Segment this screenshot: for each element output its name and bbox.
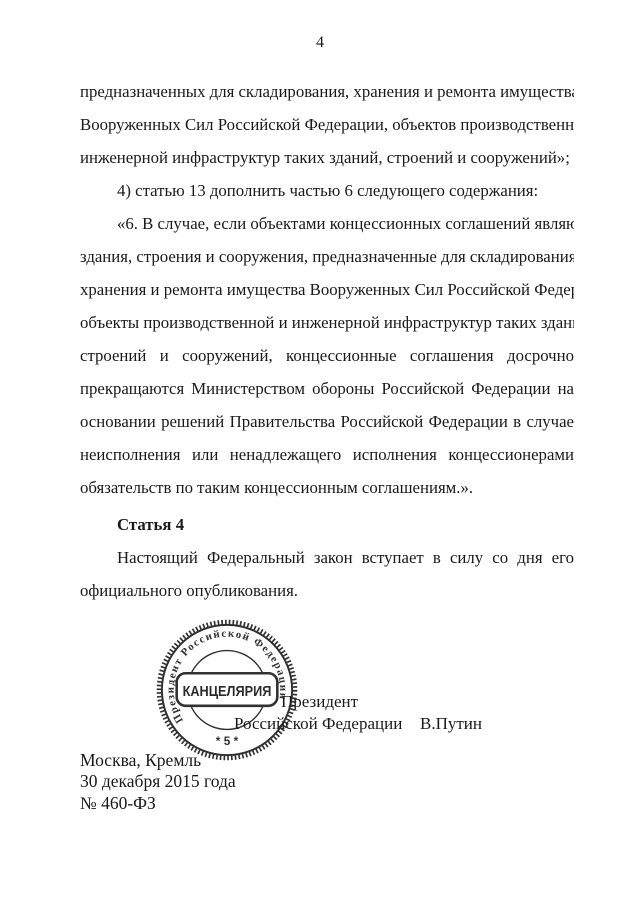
footer-date: 30 декабря 2015 года <box>80 771 236 792</box>
page-number: 4 <box>0 0 640 53</box>
text-line: основании решений Правительства Российск… <box>80 405 574 438</box>
text-line: Настоящий Федеральный закон вступает в с… <box>80 541 574 574</box>
footer-place: Москва, Кремль <box>80 750 236 771</box>
text-line: хранения и ремонта имущества Вооруженных… <box>80 273 574 306</box>
text-line: неисполнения или ненадлежащего исполнени… <box>80 438 574 471</box>
paragraph: 4) статью 13 дополнить частью 6 следующе… <box>80 174 574 207</box>
paragraph: «6. В случае, если объектами концессионн… <box>80 207 574 504</box>
footer-block: Москва, Кремль 30 декабря 2015 года № 46… <box>80 750 236 814</box>
text-line: «6. В случае, если объектами концессионн… <box>80 207 574 240</box>
chancellery-stamp-icon: Президент Российской Федерации КАНЦЕЛЯРИ… <box>153 616 301 764</box>
text-line: Статья 4 <box>80 508 574 541</box>
text-line: Вооруженных Сил Российской Федерации, об… <box>80 108 574 141</box>
text-line: 4) статью 13 дополнить частью 6 следующе… <box>80 174 574 207</box>
main-text: предназначенных для складирования, хране… <box>80 75 574 607</box>
footer-law-number: № 460-ФЗ <box>80 793 236 814</box>
stamp-center-text: КАНЦЕЛЯРИЯ <box>183 684 272 700</box>
text-line: инженерной инфраструктур таких зданий, с… <box>80 141 574 174</box>
stamp-bottom-text: * 5 * <box>216 734 239 748</box>
text-line: обязательств по таким концессионным согл… <box>80 471 574 504</box>
text-line: объекты производственной и инженерной ин… <box>80 306 574 339</box>
text-line: строений и сооружений, концессионные сог… <box>80 339 574 372</box>
text-line: официального опубликования. <box>80 574 574 607</box>
text-line: предназначенных для складирования, хране… <box>80 75 574 108</box>
paragraph: Настоящий Федеральный закон вступает в с… <box>80 541 574 607</box>
paragraph: предназначенных для складирования, хране… <box>80 75 574 174</box>
signature-name: В.Путин <box>420 713 482 735</box>
article-heading: Статья 4 <box>80 508 574 541</box>
text-line: здания, строения и сооружения, предназна… <box>80 240 574 273</box>
document-page: 4 предназначенных для складирования, хра… <box>0 0 640 905</box>
text-line: прекращаются Министерством обороны Росси… <box>80 372 574 405</box>
